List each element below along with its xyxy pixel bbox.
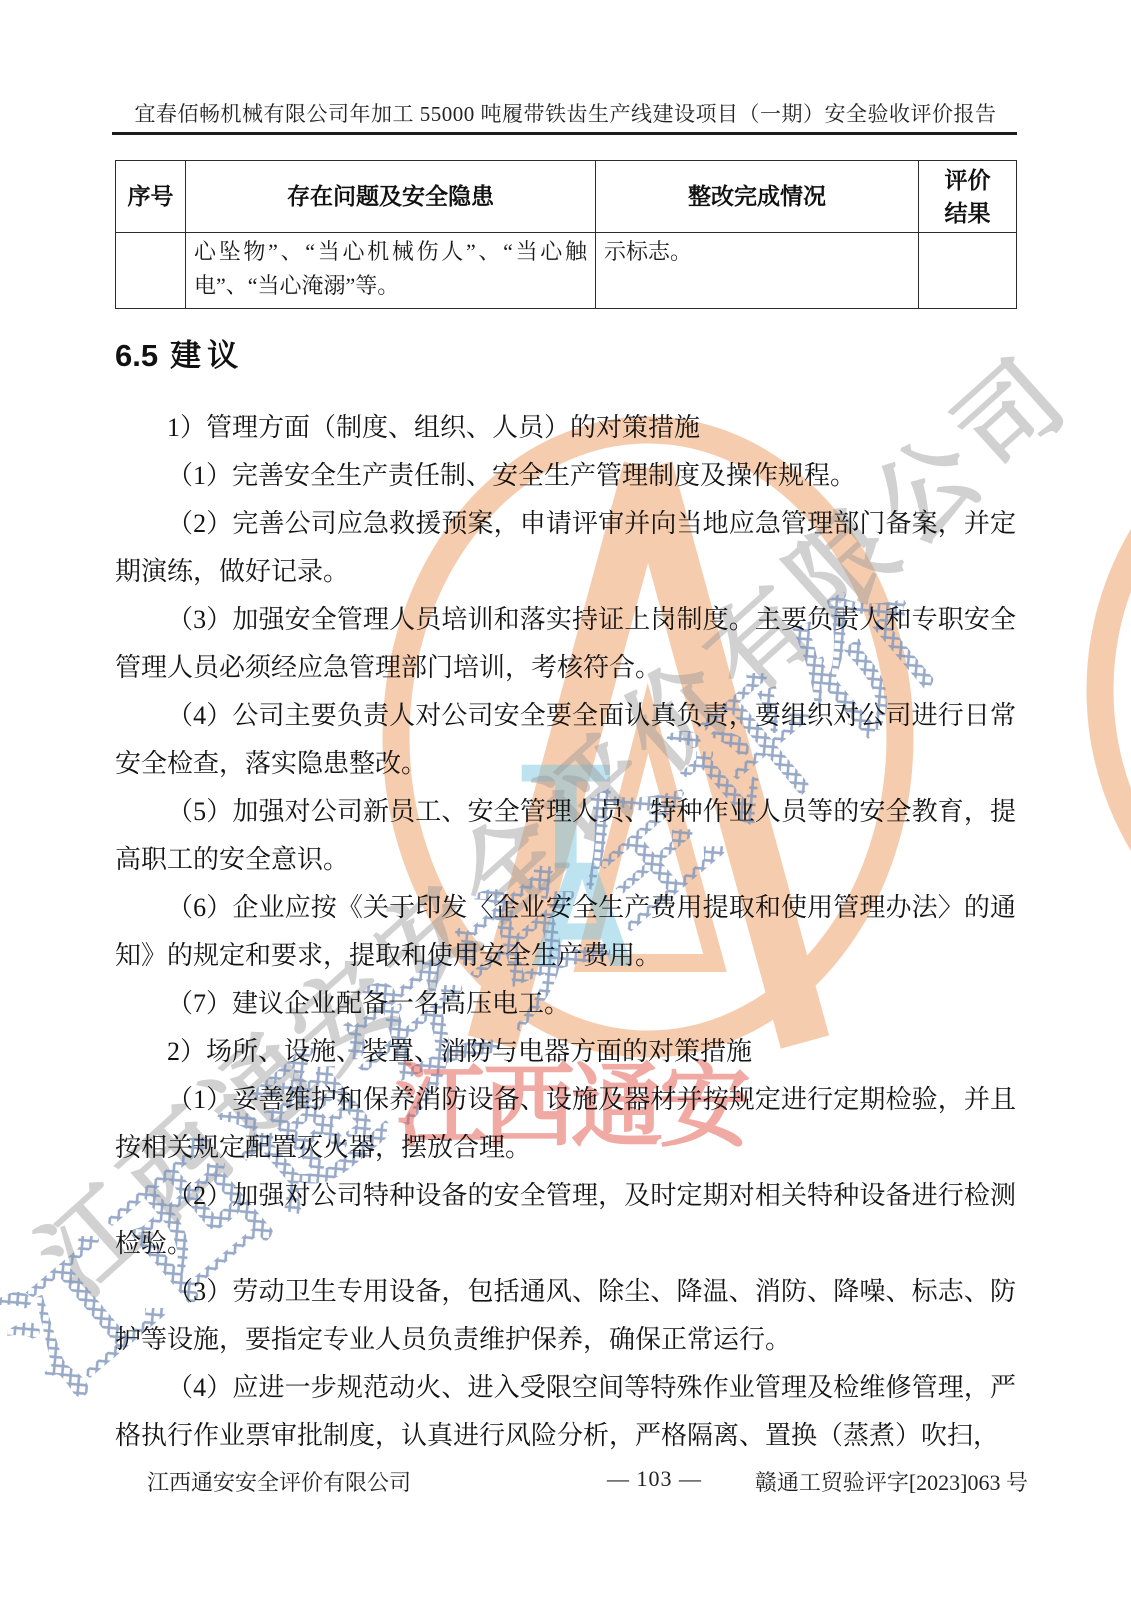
col-header-seq: 序号: [116, 161, 186, 233]
paragraph-12: （3）劳动卫生专用设备，包括通风、除尘、降温、消防、降噪、标志、防护等设施，要指…: [115, 1268, 1016, 1364]
cell-rectification: 示标志。: [596, 233, 919, 309]
paragraph-9: 2）场所、设施、装置、消防与电器方面的对策措施: [115, 1028, 1016, 1076]
cell-result: [919, 233, 1017, 309]
cell-problem: 心坠物”、“当心机械伤人”、“当心触电”、“当心淹溺”等。: [186, 233, 596, 309]
report-page: T A 江西通安安全评价有限公司 江西通安安全评价 江西通安 宜春佰畅机械有限公…: [0, 0, 1131, 1600]
paragraph-4: （3）加强安全管理人员培训和落实持证上岗制度。主要负责人和专职安全管理人员必须经…: [115, 596, 1016, 692]
col-header-rectification: 整改完成情况: [596, 161, 919, 233]
footer-company: 江西通安安全评价有限公司: [147, 1466, 411, 1497]
footer-doc-number: 赣通工贸验评字[2023]063 号: [755, 1466, 1028, 1497]
paragraph-2: （1）完善安全生产责任制、安全生产管理制度及操作规程。: [115, 452, 1016, 500]
paragraph-1: 1）管理方面（制度、组织、人员）的对策措施: [115, 404, 1016, 452]
paragraph-10: （1）妥善维护和保养消防设备、设施及器材并按规定进行定期检验，并且按相关规定配置…: [115, 1076, 1016, 1172]
header-rule: [112, 132, 1017, 135]
issues-table: 序号 存在问题及安全隐患 整改完成情况 评价 结果 心坠物”、“当心机械伤人”、…: [115, 160, 1017, 309]
recommendations-body: 1）管理方面（制度、组织、人员）的对策措施 （1）完善安全生产责任制、安全生产管…: [115, 404, 1016, 1460]
paragraph-13: （4）应进一步规范动火、进入受限空间等特殊作业管理及检维修管理，严格执行作业票审…: [115, 1364, 1016, 1460]
paragraph-6: （5）加强对公司新员工、安全管理人员、特种作业人员等的安全教育，提高职工的安全意…: [115, 788, 1016, 884]
paragraph-11: （2）加强对公司特种设备的安全管理，及时定期对相关特种设备进行检测检验。: [115, 1172, 1016, 1268]
paragraph-7: （6）企业应按《关于印发〈企业安全生产费用提取和使用管理办法〉的通知》的规定和要…: [115, 884, 1016, 980]
paragraph-8: （7）建议企业配备一名高压电工。: [115, 980, 1016, 1028]
table-header-row: 序号 存在问题及安全隐患 整改完成情况 评价 结果: [116, 161, 1017, 233]
footer-page-number: — 103 —: [607, 1466, 702, 1492]
col-header-problem: 存在问题及安全隐患: [186, 161, 596, 233]
page-content: 宜春佰畅机械有限公司年加工 55000 吨履带铁齿生产线建设项目（一期）安全验收…: [0, 0, 1131, 1600]
section-heading: 6.5建议: [115, 330, 244, 375]
page-header-title: 宜春佰畅机械有限公司年加工 55000 吨履带铁齿生产线建设项目（一期）安全验收…: [0, 98, 1131, 128]
paragraph-3: （2）完善公司应急救援预案，申请评审并向当地应急管理部门备案，并定期演练，做好记…: [115, 500, 1016, 596]
paragraph-5: （4）公司主要负责人对公司安全要全面认真负责，要组织对公司进行日常安全检查，落实…: [115, 692, 1016, 788]
table-row: 心坠物”、“当心机械伤人”、“当心触电”、“当心淹溺”等。 示标志。: [116, 233, 1017, 309]
section-title: 建议: [170, 338, 244, 373]
section-number: 6.5: [115, 338, 158, 373]
cell-seq: [116, 233, 186, 309]
page-footer: 江西通安安全评价有限公司 — 103 — 赣通工贸验评字[2023]063 号: [115, 1466, 1016, 1498]
col-header-result: 评价 结果: [919, 161, 1017, 233]
